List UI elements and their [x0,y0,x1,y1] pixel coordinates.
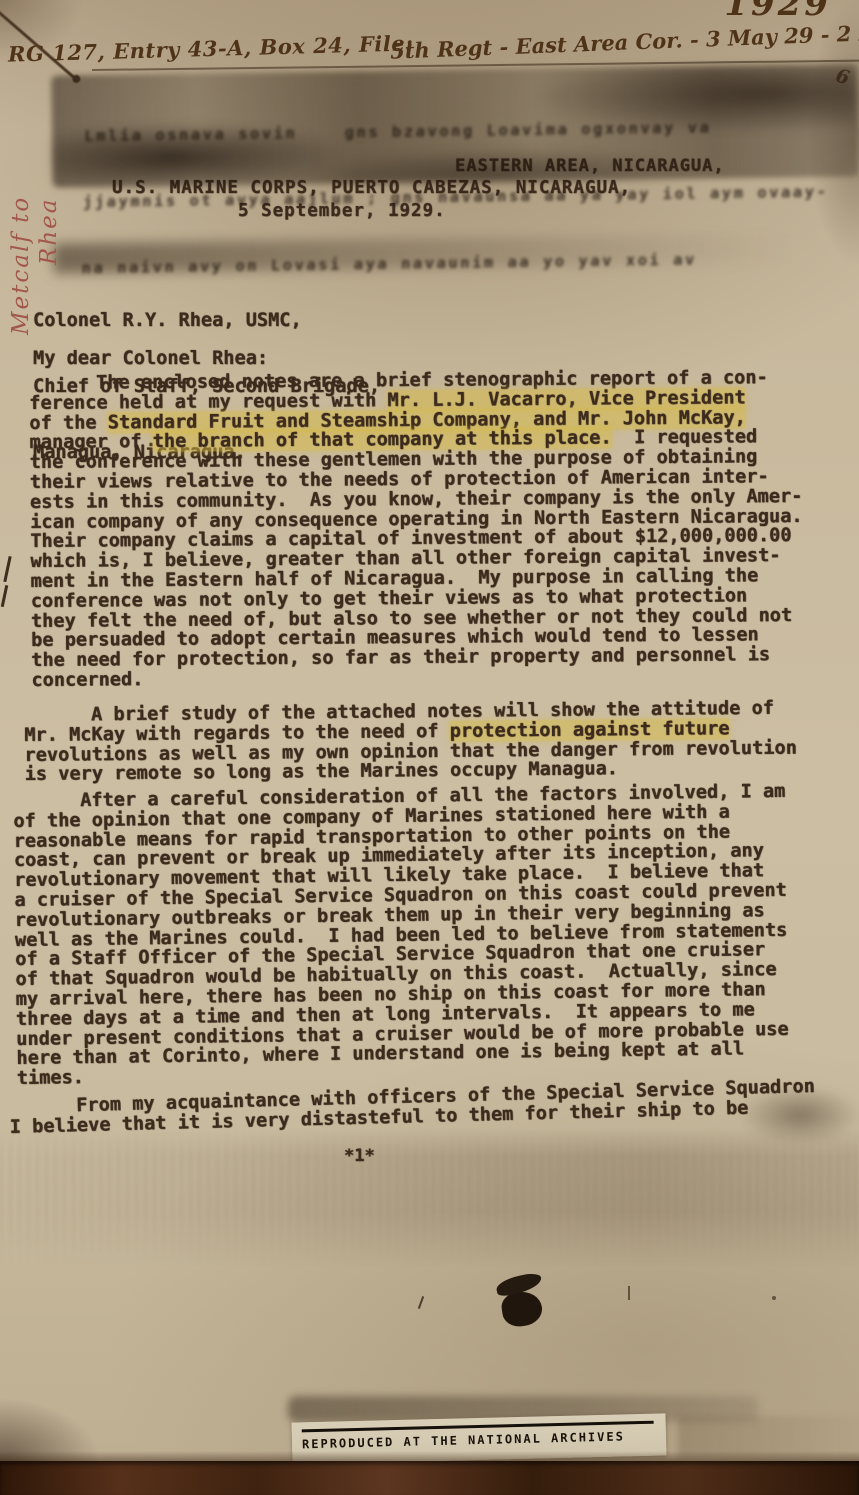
small-ink-tick [418,1296,424,1309]
reproduced-stamp-text: REPRODUCED AT THE NATIONAL ARCHIVES [302,1429,656,1452]
letter-text: of the [29,412,108,434]
margin-note-metcalf: Metcalf to [8,185,34,335]
letter-text: manager of [29,431,152,453]
corner-year-note: 1929 [724,0,831,26]
wood-table-background [0,1461,859,1495]
letter-text: times. [17,1067,84,1089]
small-ink-dot [772,1296,776,1300]
document-photo-paper: RG 127, Entry 43-A, Box 24, File: 5th Re… [0,0,859,1463]
smudge-line: Lmlia osnava sovin gns bzavong Loavima o… [84,115,830,147]
streaky-ink-wash [0,1128,859,1268]
ink-blot [494,1276,552,1330]
smudge-line: jjaymnis ot avya aajlum ; gns navaunsa a… [83,181,829,213]
paragraph-3: After a careful consideration of all the… [13,782,789,1089]
corner-year-text: 1929 [724,0,831,24]
margin-note-rhea: Rhea [36,195,62,265]
letter-text: is very remote so long as the Marines oc… [25,759,618,786]
paragraph-1: The enclosed notes are a brief stenograp… [29,368,804,691]
salutation: My dear Colonel Rhea: [33,348,268,369]
ink-smudge-block: Lmlia osnava sovin gns bzavong Loavima o… [51,64,858,187]
letter-text: concerned. [31,669,143,691]
small-ink-tick [628,1286,630,1300]
address-line: Colonel R.Y. Rhea, USMC, [33,310,380,332]
margin-slash-mark [1,585,8,607]
margin-slash-mark [3,556,11,582]
letter-line: is very remote so long as the Marines oc… [25,758,798,785]
archive-note-left: RG 127, Entry 43-A, Box 24, File: [8,30,414,66]
paragraph-2: A brief study of the attached notes will… [24,699,797,786]
